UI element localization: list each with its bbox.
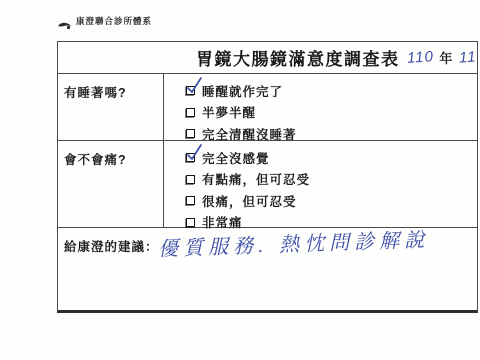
year-label: 年 [439, 48, 452, 67]
form-title: 胃鏡大腸鏡滿意度調查表 [196, 45, 400, 70]
question-label: 會不會痛? [58, 141, 164, 227]
question-options: 睡醒就作完了 半夢半醒 完全清醒沒睡 [164, 74, 297, 140]
option-label: 完全沒感覺 [202, 149, 270, 167]
checkbox[interactable] [186, 196, 195, 205]
question-row-pain: 會不會痛? 完全沒感覺 有點痛，但可忍受 [58, 141, 477, 228]
handwritten-month: 11 [459, 48, 478, 66]
suggestion-row: 給康澄的建議： 優質服務. 熱忱問診解說 [58, 228, 477, 313]
clinic-logo-icon [57, 17, 72, 26]
clinic-brand: 康澄聯合診所體系 [57, 15, 152, 27]
option-label: 有點痛，但可忍受 [202, 170, 310, 188]
option-row: 半夢半醒 [186, 102, 297, 124]
checkbox[interactable] [186, 218, 195, 227]
question-options: 完全沒感覺 有點痛，但可忍受 很痛， [164, 141, 310, 227]
option-row: 很痛，但可忍受 [186, 190, 310, 212]
option-row: 睡醒就作完了 [186, 80, 297, 102]
checkbox[interactable] [186, 108, 195, 117]
checkbox[interactable] [186, 153, 195, 162]
option-label: 很痛，但可忍受 [202, 192, 297, 210]
option-row: 有點痛，但可忍受 [186, 169, 310, 191]
clinic-name: 康澄聯合診所體系 [76, 15, 152, 27]
checkbox[interactable] [186, 175, 195, 184]
handwritten-suggestion: 優質服務. 熱忱問診解說 [158, 223, 430, 261]
checkbox[interactable] [186, 86, 195, 95]
checkbox[interactable] [186, 129, 195, 138]
survey-table: 胃鏡大腸鏡滿意度調查表 110 年 11 月 20 有睡著嗎? 睡醒就作完了 [57, 41, 478, 313]
scanned-survey-form: 康澄聯合診所體系 胃鏡大腸鏡滿意度調查表 110 年 11 月 20 有睡著嗎? [0, 0, 480, 360]
option-label: 睡醒就作完了 [202, 82, 283, 100]
question-row-sleep: 有睡著嗎? 睡醒就作完了 半夢半醒 [58, 74, 477, 141]
title-row: 胃鏡大腸鏡滿意度調查表 110 年 11 月 20 [58, 42, 477, 74]
suggestion-label: 給康澄的建議： [64, 237, 159, 313]
option-label: 半夢半醒 [202, 103, 256, 121]
question-label: 有睡著嗎? [58, 74, 164, 140]
option-row: 完全沒感覺 [186, 147, 310, 169]
handwritten-year: 110 [406, 48, 434, 67]
